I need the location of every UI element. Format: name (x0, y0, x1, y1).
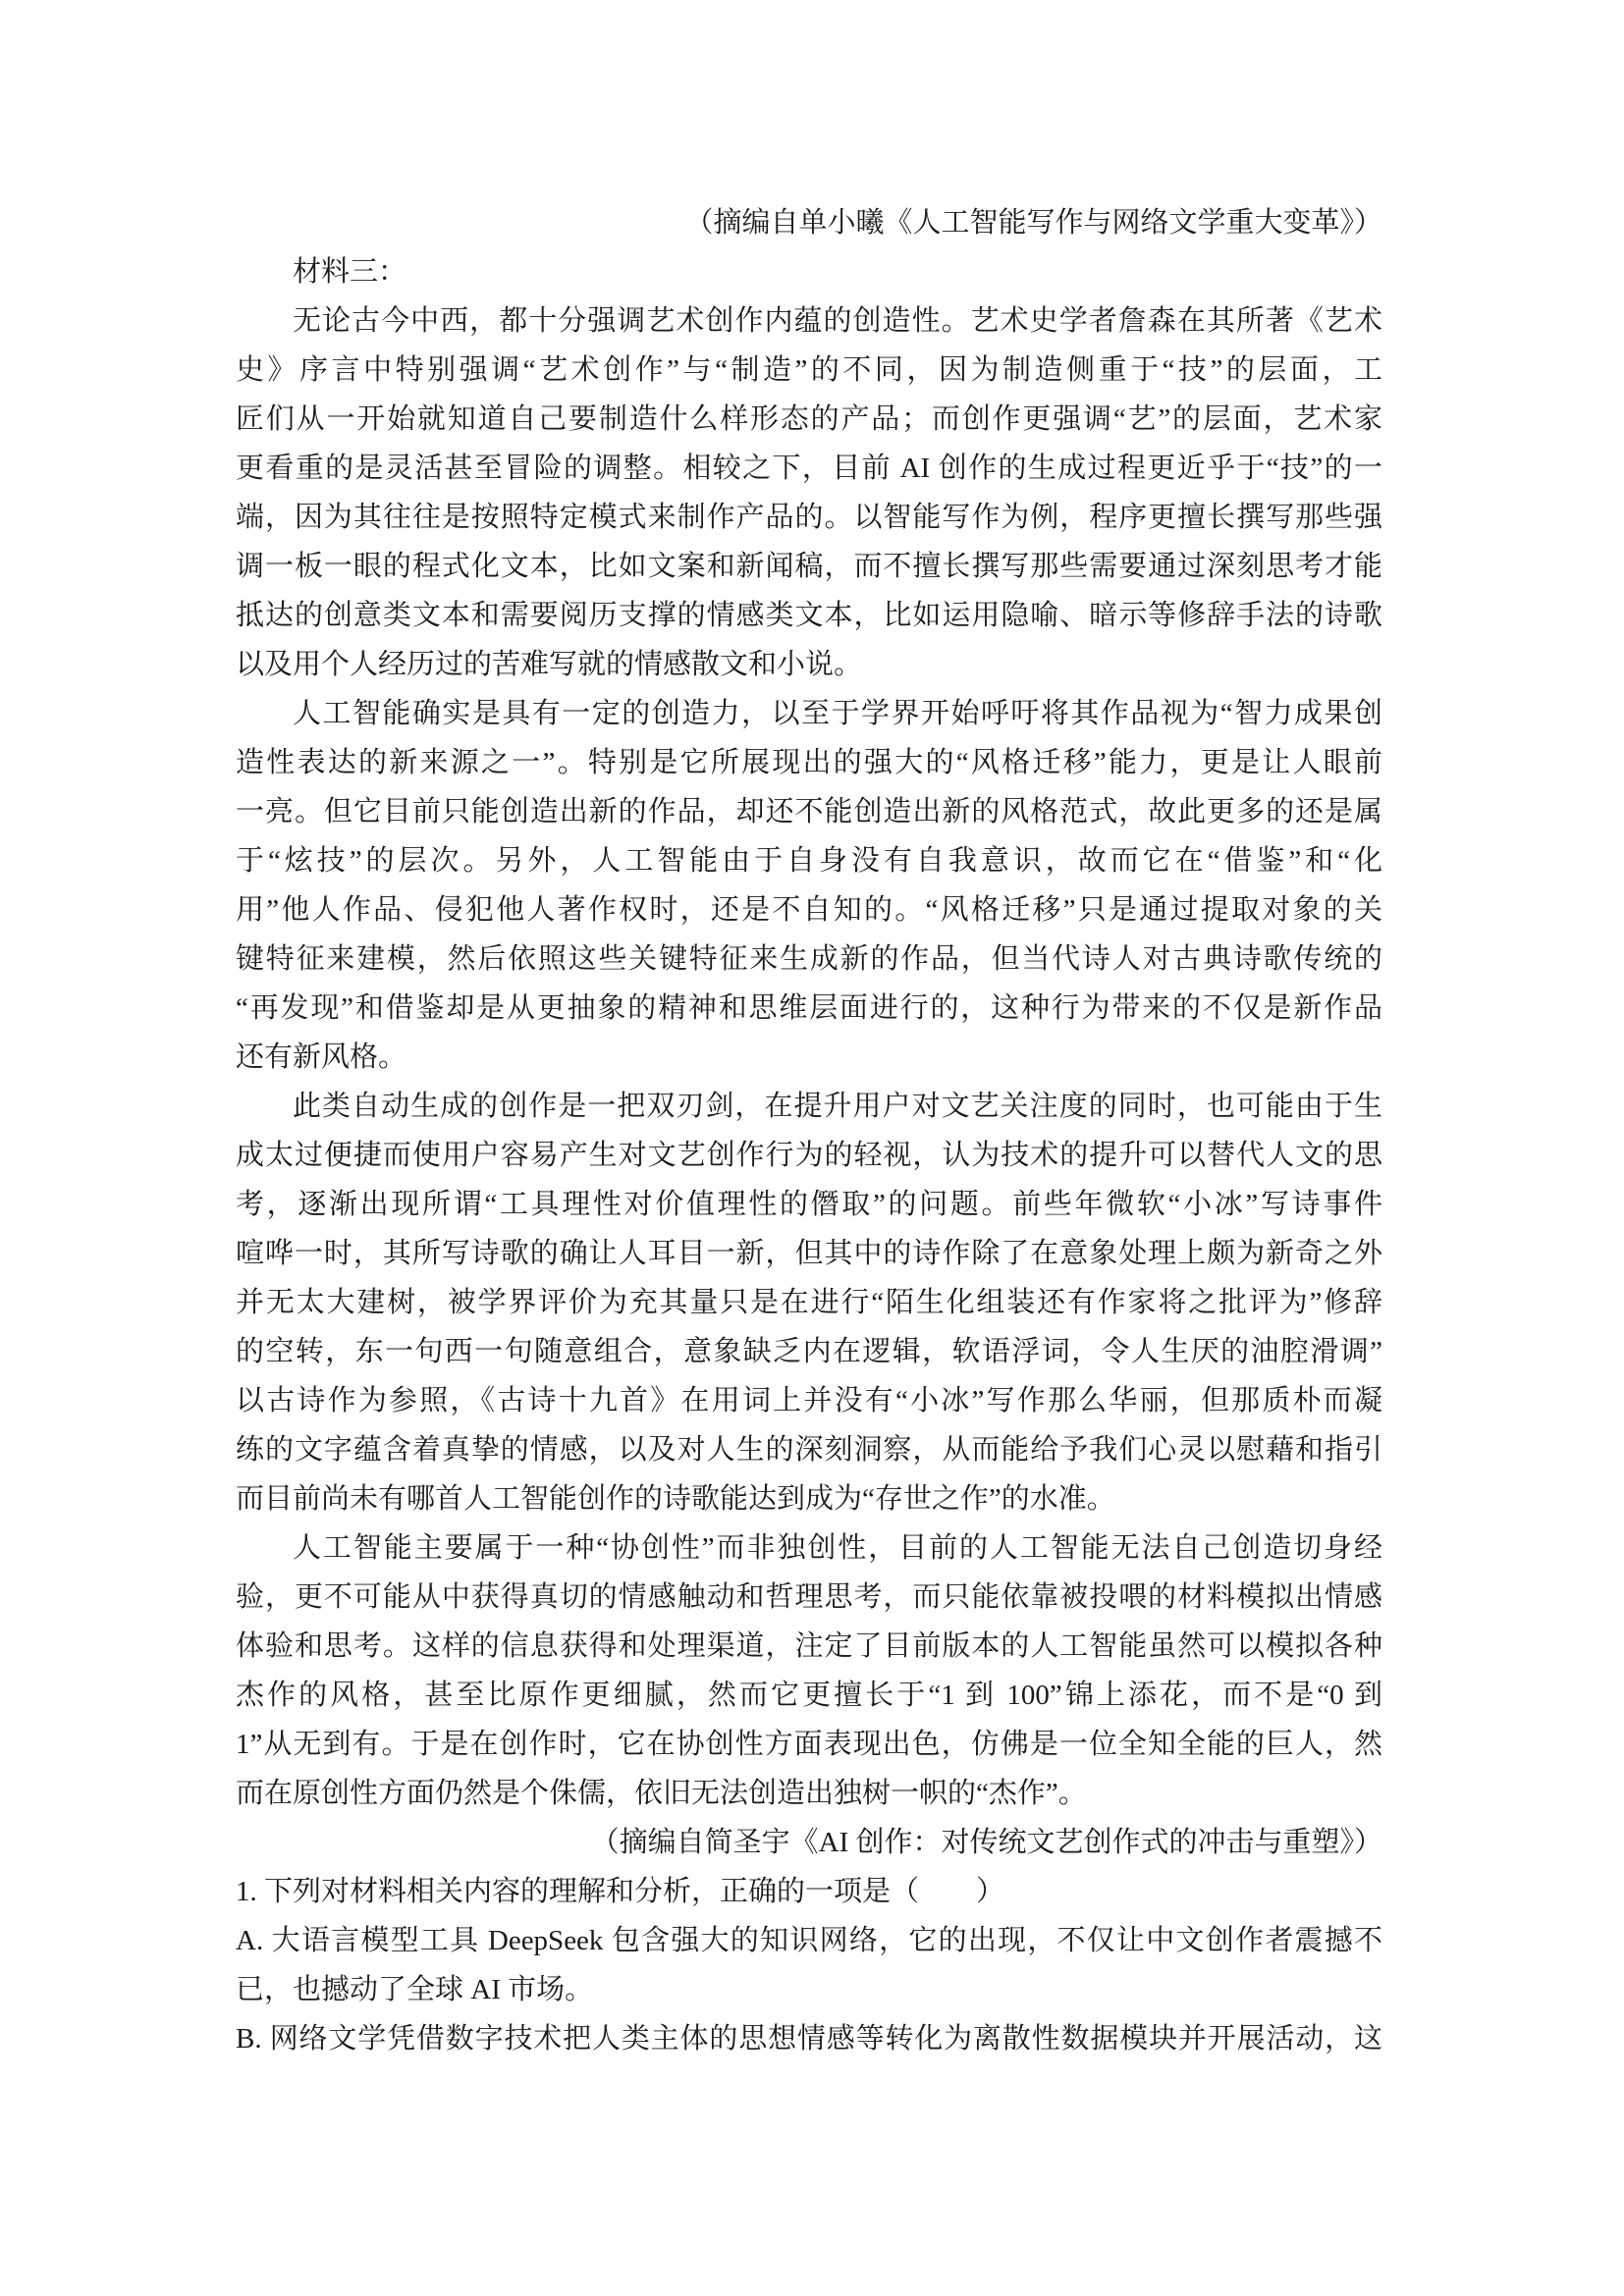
paragraph-line: 考，逐渐出现所谓“工具理性对价值理性的僭取”的问题。前些年微软“小冰”写诗事件 (236, 1180, 1382, 1229)
paragraph-end: 而在原创性方面仍然是个侏儒，依旧无法创造出独树一帜的“杰作”。 (236, 1769, 1382, 1818)
paragraph-line: 匠们从一开始就知道自己要制造什么样形态的产品；而创作更强调“艺”的层面，艺术家 (236, 395, 1382, 444)
paragraph-start: 无论古今中西，都十分强调艺术创作内蕴的创造性。艺术史学者詹森在其所著《艺术 (236, 296, 1382, 346)
material-label: 材料三： (236, 247, 1382, 296)
paragraph-end: 而目前尚未有哪首人工智能创作的诗歌能达到成为“存世之作”的水准。 (236, 1474, 1382, 1523)
attribution: （摘编自单小曦《人工智能写作与网络文学重大变革》） (236, 198, 1382, 247)
paragraph-line: 体验和思考。这样的信息获得和处理渠道，注定了目前版本的人工智能虽然可以模拟各种 (236, 1622, 1382, 1671)
paragraph-line: 成太过便捷而使用户容易产生对文艺创作行为的轻视，认为技术的提升可以替代人文的思 (236, 1131, 1382, 1180)
paragraph-line: 杰作的风格，甚至比原作更细腻，然而它更擅长于“1 到 100”锦上添花，而不是“… (236, 1671, 1382, 1720)
document-body: （摘编自单小曦《人工智能写作与网络文学重大变革》）材料三：无论古今中西，都十分强… (236, 198, 1382, 2063)
paragraph-line: 1”从无到有。于是在创作时，它在协创性方面表现出色，仿佛是一位全知全能的巨人，然 (236, 1720, 1382, 1769)
option-line: A. 大语言模型工具 DeepSeek 包含强大的知识网络，它的出现，不仅让中文… (236, 1916, 1382, 1965)
option-end: 已，也撼动了全球 AI 市场。 (236, 1965, 1382, 2014)
paragraph-line: 造性表达的新来源之一”。特别是它所展现出的强大的“风格迁移”能力，更是让人眼前 (236, 738, 1382, 787)
attribution: （摘编自简圣宇《AI 创作：对传统文艺创作式的冲击与重塑》） (236, 1818, 1382, 1867)
paragraph-line: 端，因为其往往是按照特定模式来制作产品的。以智能写作为例，程序更擅长撰写那些强 (236, 493, 1382, 542)
paragraph-line: 喧哗一时，其所写诗歌的确让人耳目一新，但其中的诗作除了在意象处理上颇为新奇之外 (236, 1229, 1382, 1278)
paragraph-end: 还有新风格。 (236, 1033, 1382, 1082)
paragraph-line: 调一板一眼的程式化文本，比如文案和新闻稿，而不擅长撰写那些需要通过深刻思考才能 (236, 542, 1382, 591)
paragraph-line: 的空转，东一句西一句随意组合，意象缺乏内在逻辑，软语浮词，令人生厌的油腔滑调” (236, 1327, 1382, 1376)
paragraph-line: 于“炫技”的层次。另外，人工智能由于自身没有自我意识，故而它在“借鉴”和“化 (236, 836, 1382, 885)
paragraph-line: 键特征来建模，然后依照这些关键特征来生成新的作品，但当代诗人对古典诗歌传统的 (236, 934, 1382, 984)
paragraph-start: 人工智能主要属于一种“协创性”而非独创性，目前的人工智能无法自己创造切身经 (236, 1523, 1382, 1573)
option-line: B. 网络文学凭借数字技术把人类主体的思想情感等转化为离散性数据模块并开展活动，… (236, 2014, 1382, 2063)
paragraph-line: 一亮。但它目前只能创造出新的作品，却还不能创造出新的风格范式，故此更多的还是属 (236, 787, 1382, 836)
paragraph-line: “再发现”和借鉴却是从更抽象的精神和思维层面进行的，这种行为带来的不仅是新作品 (236, 984, 1382, 1033)
paragraph-line: 练的文字蕴含着真挚的情感，以及对人生的深刻洞察，从而能给予我们心灵以慰藉和指引 (236, 1425, 1382, 1474)
paragraph-end: 以及用个人经历过的苦难写就的情感散文和小说。 (236, 640, 1382, 689)
question-stem: 1. 下列对材料相关内容的理解和分析，正确的一项是（ ） (236, 1867, 1382, 1916)
paragraph-start: 此类自动生成的创作是一把双刃剑，在提升用户对文艺关注度的同时，也可能由于生 (236, 1082, 1382, 1131)
paragraph-start: 人工智能确实是具有一定的创造力，以至于学界开始呼吁将其作品视为“智力成果创 (236, 689, 1382, 738)
paragraph-line: 用”他人作品、侵犯他人著作权时，还是不自知的。“风格迁移”只是通过提取对象的关 (236, 885, 1382, 934)
paragraph-line: 抵达的创意类文本和需要阅历支撑的情感类文本，比如运用隐喻、暗示等修辞手法的诗歌 (236, 591, 1382, 640)
paragraph-line: 并无太大建树，被学界评价为充其量只是在进行“陌生化组装还有作家将之批评为”修辞 (236, 1278, 1382, 1327)
paragraph-line: 以古诗作为参照，《古诗十九首》在用词上并没有“小冰”写作那么华丽，但那质朴而凝 (236, 1376, 1382, 1425)
paragraph-line: 史》序言中特别强调“艺术创作”与“制造”的不同，因为制造侧重于“技”的层面，工 (236, 346, 1382, 395)
paragraph-line: 验，更不可能从中获得真切的情感触动和哲理思考，而只能依靠被投喂的材料模拟出情感 (236, 1573, 1382, 1622)
paragraph-line: 更看重的是灵活甚至冒险的调整。相较之下，目前 AI 创作的生成过程更近乎于“技”… (236, 444, 1382, 493)
document-page: （摘编自单小曦《人工智能写作与网络文学重大变革》）材料三：无论古今中西，都十分强… (0, 0, 1624, 2296)
